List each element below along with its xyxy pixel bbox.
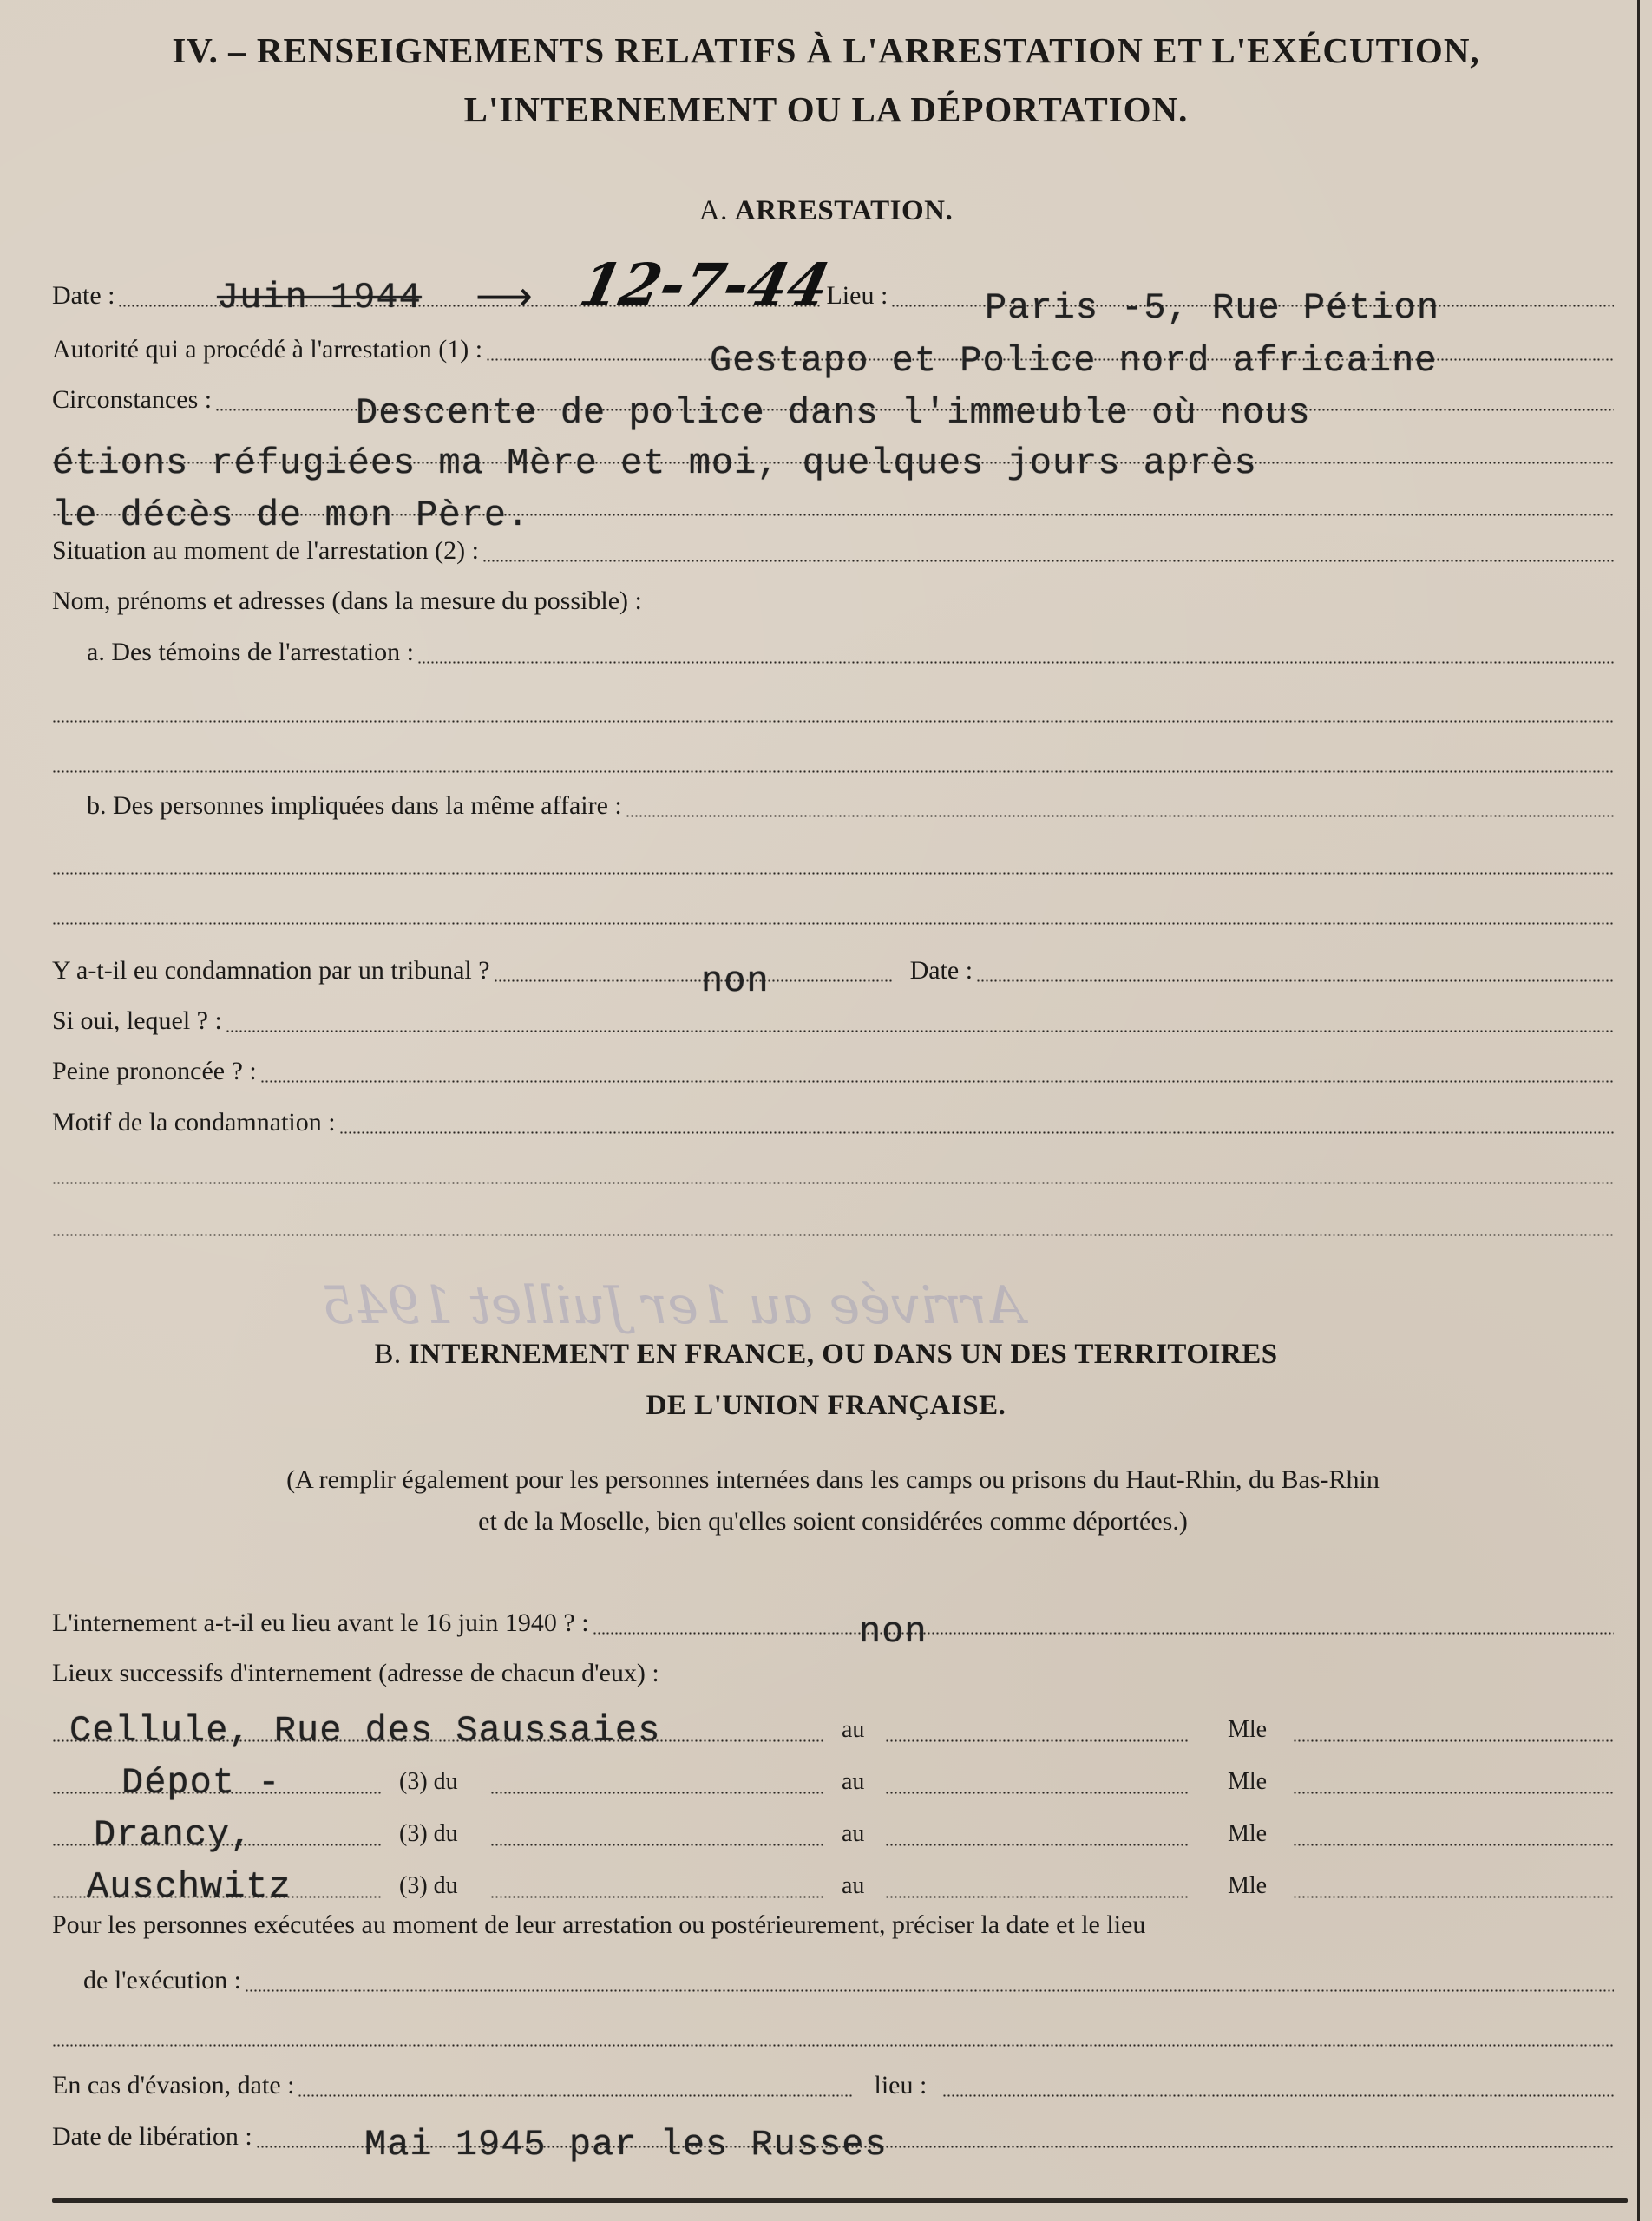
section-b-note-line1: (A remplir également pour les personnes … <box>52 1459 1614 1501</box>
du-label: (3) du <box>399 1874 458 1898</box>
section-b-title-line1: INTERNEMENT EN FRANCE, OU DANS UN DES TE… <box>409 1339 1278 1370</box>
section-a-title: ARRESTATION. <box>735 195 953 226</box>
noms-label: Nom, prénoms et adresses (dans la mesure… <box>52 588 642 619</box>
motif-field-3[interactable] <box>52 1234 1614 1236</box>
condamnation-field[interactable] <box>494 979 893 982</box>
peine-field[interactable] <box>260 1080 1614 1083</box>
lieux-label: Lieux successifs d'internement (adresse … <box>52 1661 659 1692</box>
form-page: IV. – RENSEIGNEMENTS RELATIFS À L'ARREST… <box>0 0 1652 2221</box>
evasion-date-field[interactable] <box>298 2094 853 2097</box>
lequel-label: Si oui, lequel ? : <box>52 1008 222 1039</box>
circonstances-line-1: Descente de police dans l'immeuble où no… <box>356 395 1311 431</box>
date-struck-value: Juin 1944 <box>217 279 422 316</box>
execution-label-line2: de l'exécution : <box>83 1968 241 1999</box>
avant-1940-row: L'internement a-t-il eu lieu avant le 16… <box>52 1607 1614 1641</box>
internment-place-4: Auschwitz <box>87 1869 292 1905</box>
lequel-row: Si oui, lequel ? : <box>52 1005 1614 1039</box>
section-b-heading-line1: B.INTERNEMENT EN FRANCE, OU DANS UN DES … <box>0 1339 1652 1371</box>
au-field[interactable] <box>885 1792 1189 1794</box>
mle-field[interactable] <box>1293 1896 1614 1898</box>
motif-label: Motif de la condamnation : <box>52 1110 336 1141</box>
mle-field[interactable] <box>1293 1792 1614 1794</box>
impliquees-row: b. Des personnes impliquées dans la même… <box>52 789 1614 824</box>
internment-row: (3) du au Mle <box>52 1761 1614 1799</box>
au-label: au <box>842 1770 864 1794</box>
page-border <box>1637 0 1640 2221</box>
impliquees-field[interactable] <box>626 815 1614 817</box>
du-label: (3) du <box>399 1770 458 1794</box>
section-a-letter: A. <box>699 195 728 226</box>
autorite-value: Gestapo et Police nord africaine <box>710 343 1438 379</box>
peine-row: Peine prononcée ? : <box>52 1055 1614 1090</box>
internment-place-2: Dépot - <box>121 1765 280 1801</box>
au-label: au <box>842 1874 864 1898</box>
condamnation-date-field[interactable] <box>976 979 1614 982</box>
temoins-field-2[interactable] <box>52 720 1614 723</box>
section-b-note-line2: et de la Moselle, bien qu'elles soient c… <box>52 1501 1614 1543</box>
temoins-label: a. Des témoins de l'arrestation : <box>87 639 414 671</box>
execution-row-2: de l'exécution : <box>52 1964 1614 1999</box>
du-field[interactable] <box>490 1896 824 1898</box>
mle-field[interactable] <box>1293 1844 1614 1846</box>
mle-field[interactable] <box>1293 1739 1614 1742</box>
mle-label: Mle <box>1228 1874 1267 1898</box>
date-label: Date : <box>52 283 115 314</box>
evasion-row: En cas d'évasion, date : lieu : <box>52 2069 1614 2104</box>
circonstances-line-3: le décès de mon Père. <box>52 497 529 534</box>
au-field[interactable] <box>885 1739 1189 1742</box>
section-b-note: (A remplir également pour les personnes … <box>52 1459 1614 1543</box>
du-label: (3) du <box>399 1822 458 1846</box>
section-b-title-line2: DE L'UNION FRANÇAISE. <box>0 1390 1652 1422</box>
condamnation-label: Y a-t-il eu condamnation par un tribunal… <box>52 958 490 989</box>
au-field[interactable] <box>885 1896 1189 1898</box>
situation-row: Situation au moment de l'arrestation (2)… <box>52 534 1614 569</box>
du-field[interactable] <box>490 1792 824 1794</box>
au-label: au <box>842 1822 864 1846</box>
motif-field-2[interactable] <box>52 1182 1614 1184</box>
lieu-value: Paris -5, Rue Pétion <box>985 290 1439 326</box>
avant-1940-value: non <box>859 1614 928 1650</box>
liberation-label: Date de libération : <box>52 2124 252 2155</box>
avant-1940-field[interactable] <box>593 1632 1614 1635</box>
impliquees-field-2[interactable] <box>52 872 1614 875</box>
liberation-value: Mai 1945 par les Russes <box>364 2126 888 2163</box>
form-title-line2: L'INTERNEMENT OU LA DÉPORTATION. <box>0 92 1652 128</box>
evasion-date-label: En cas d'évasion, date : <box>52 2073 294 2104</box>
impliquees-label: b. Des personnes impliquées dans la même… <box>87 793 622 824</box>
bleed-through-handwriting: Arrivée au 1er Juillet 1945 <box>321 1275 1024 1336</box>
circonstances-label: Circonstances : <box>52 387 212 418</box>
execution-label-line1: Pour les personnes exécutées au moment d… <box>52 1912 1145 1943</box>
condamnation-row: Y a-t-il eu condamnation par un tribunal… <box>52 954 1614 989</box>
arrow-icon: ⟶ <box>475 276 533 316</box>
section-a-heading: A.ARRESTATION. <box>0 195 1652 227</box>
motif-field[interactable] <box>339 1131 1614 1134</box>
execution-field-2[interactable] <box>52 2044 1614 2047</box>
circonstances-line-2: étions réfugiées ma Mère et moi, quelque… <box>52 445 1257 482</box>
execution-field[interactable] <box>245 1989 1614 1992</box>
internment-place-1: Cellule, Rue des Saussaies <box>69 1713 660 1749</box>
evasion-lieu-field[interactable] <box>942 2094 1614 2097</box>
condamnation-date-label: Date : <box>910 958 973 989</box>
section-end-rule <box>52 2198 1628 2203</box>
situation-label: Situation au moment de l'arrestation (2)… <box>52 538 479 569</box>
au-label: au <box>842 1718 864 1742</box>
mle-label: Mle <box>1228 1770 1267 1794</box>
lieu-label: Lieu : <box>826 283 888 314</box>
internment-place-3: Drancy, <box>94 1817 252 1853</box>
noms-row: Nom, prénoms et adresses (dans la mesure… <box>52 585 1614 619</box>
autorite-label: Autorité qui a procédé à l'arrestation (… <box>52 337 482 368</box>
condamnation-value: non <box>701 963 770 999</box>
impliquees-field-3[interactable] <box>52 922 1614 925</box>
du-field[interactable] <box>490 1844 824 1846</box>
section-b-letter: B. <box>374 1339 401 1370</box>
internment-row: (3) du au Mle <box>52 1813 1614 1851</box>
temoins-field[interactable] <box>417 661 1614 664</box>
au-field[interactable] <box>885 1844 1189 1846</box>
temoins-row: a. Des témoins de l'arrestation : <box>52 636 1614 671</box>
mle-label: Mle <box>1228 1822 1267 1846</box>
execution-row-1: Pour les personnes exécutées au moment d… <box>52 1909 1614 1943</box>
lieux-row: Lieux successifs d'internement (adresse … <box>52 1657 1614 1692</box>
avant-1940-label: L'internement a-t-il eu lieu avant le 16… <box>52 1610 589 1641</box>
date-handwritten-value: 12-7-44 <box>575 256 834 313</box>
motif-row: Motif de la condamnation : <box>52 1106 1614 1141</box>
peine-label: Peine prononcée ? : <box>52 1058 257 1090</box>
mle-label: Mle <box>1228 1718 1267 1742</box>
evasion-lieu-label: lieu : <box>874 2073 927 2104</box>
form-title-line1: IV. – RENSEIGNEMENTS RELATIFS À L'ARREST… <box>0 33 1652 69</box>
lequel-field[interactable] <box>226 1030 1614 1032</box>
temoins-field-3[interactable] <box>52 770 1614 773</box>
situation-field[interactable] <box>482 560 1614 562</box>
